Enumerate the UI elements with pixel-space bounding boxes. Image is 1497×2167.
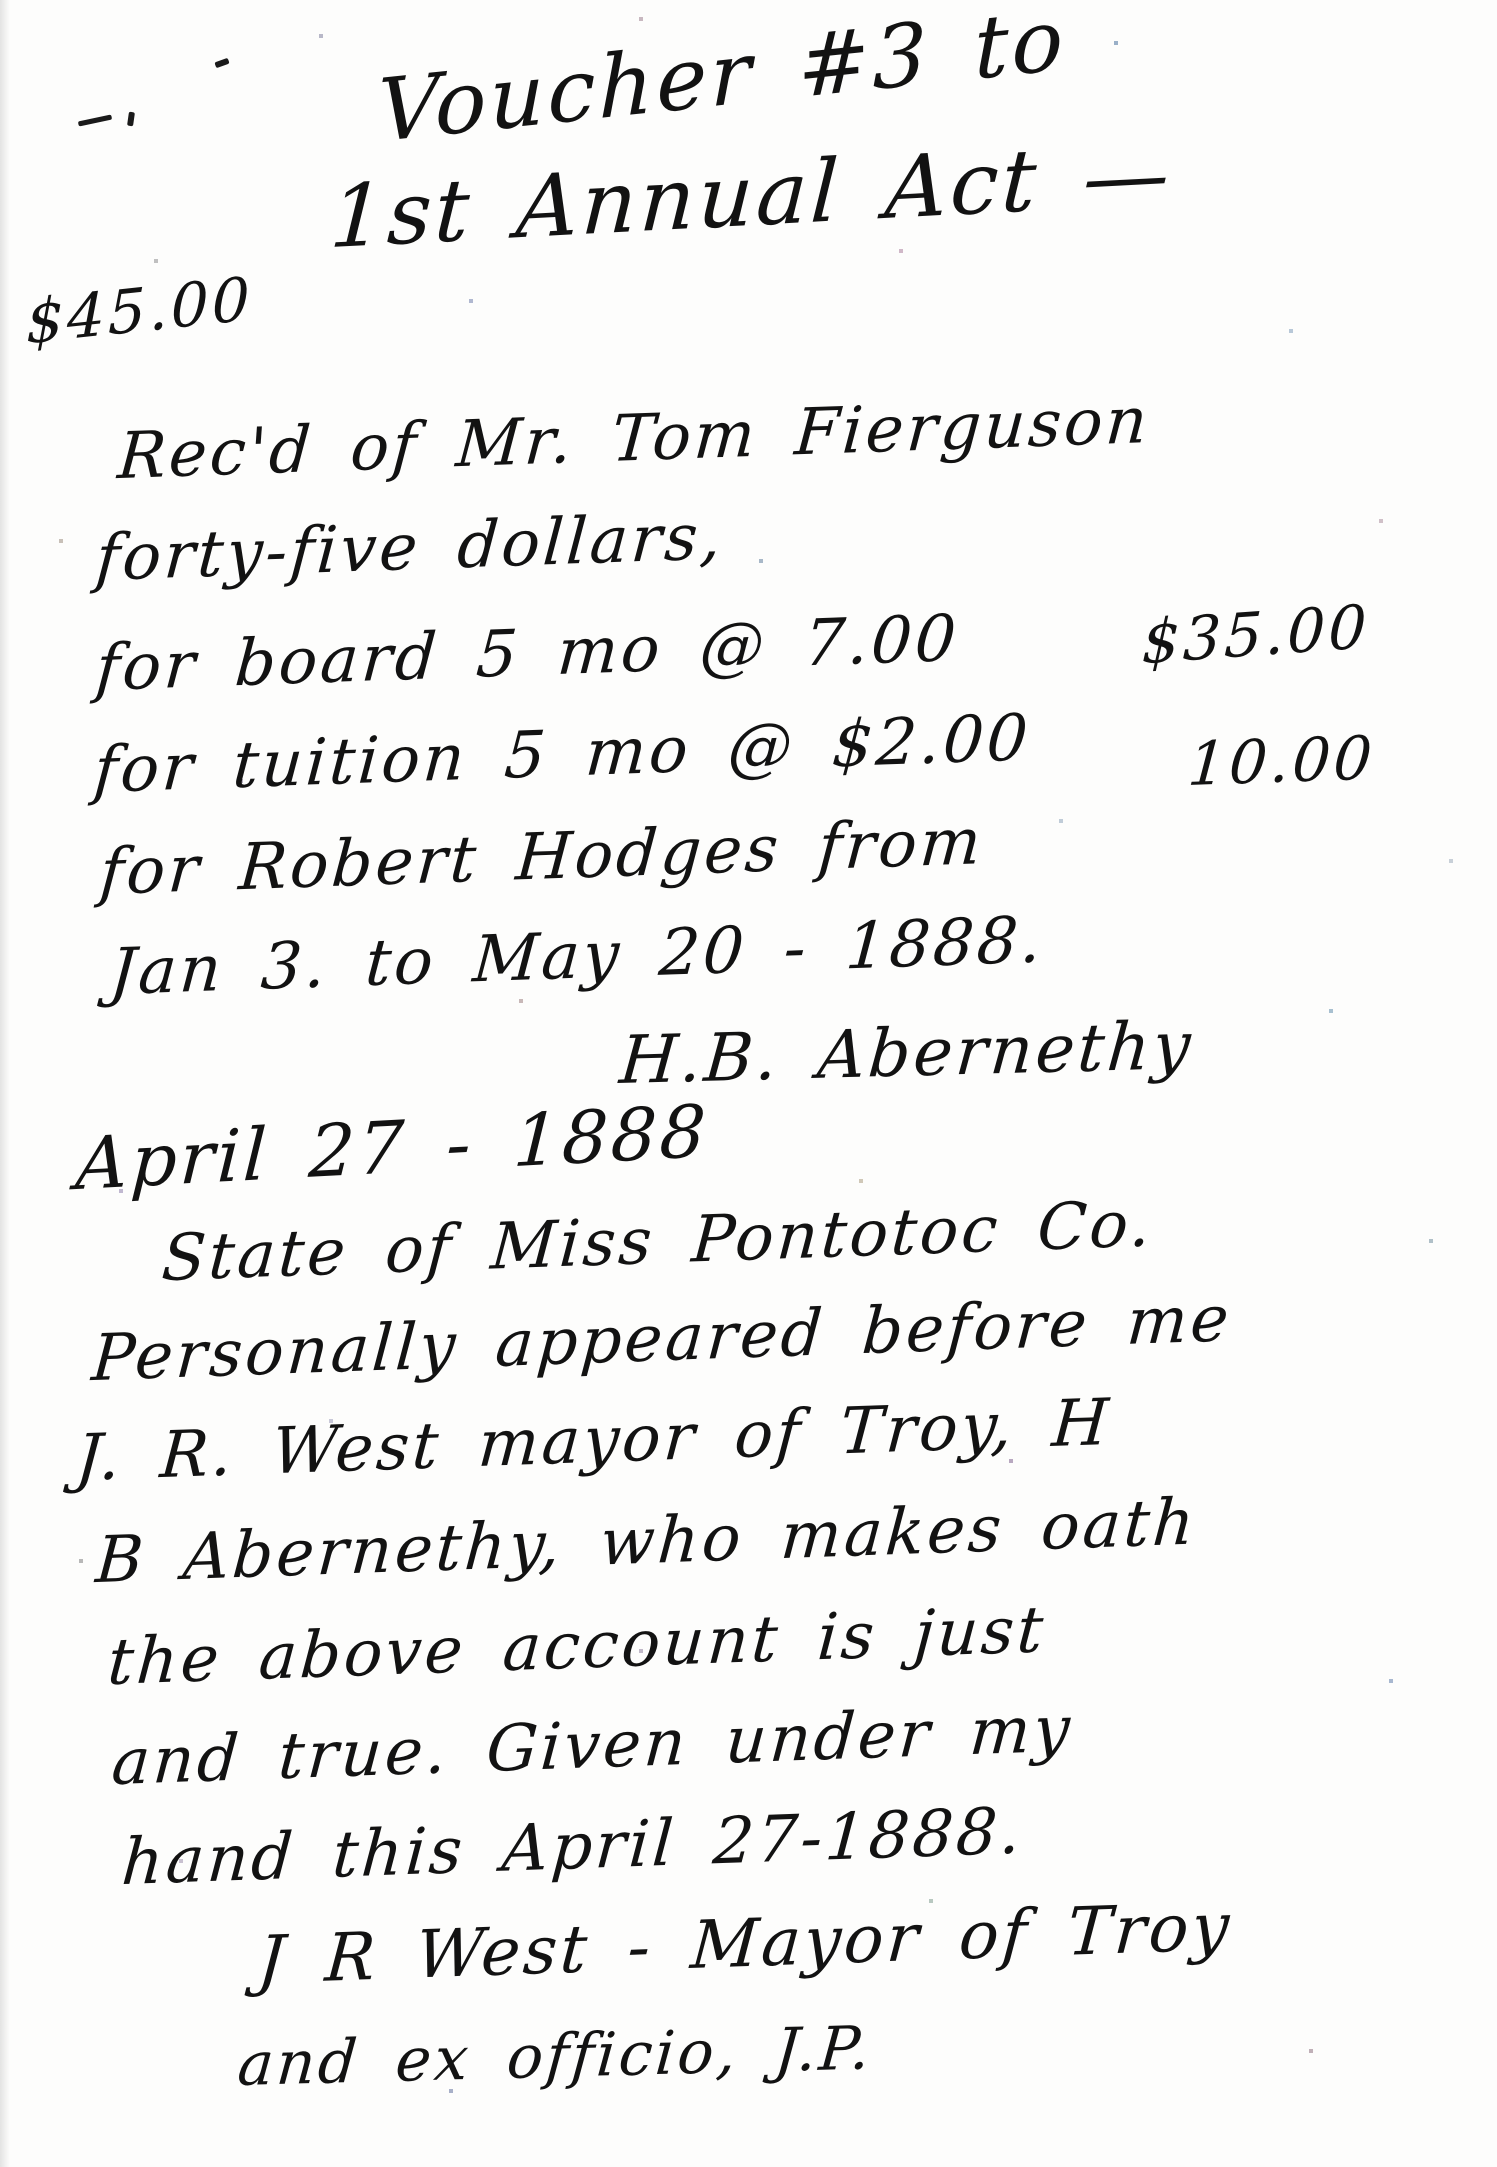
affidavit-date: April 27 - 1888 xyxy=(74,1089,711,1206)
affidavit-line-makes-oath: B Abernethy, who makes oath xyxy=(93,1485,1199,1598)
affidavit-line-west-mayor: J. R. West mayor of Troy, H xyxy=(73,1386,1113,1496)
affidavit-signature-title: and ex officio, J.P. xyxy=(235,2013,875,2100)
receipt-board-amount: $35.00 xyxy=(1141,592,1371,678)
document-page: Voucher #3 to 1st Annual Act — $45.00 Re… xyxy=(0,0,1497,2167)
receipt-signature-abernethy: H.B. Abernethy xyxy=(617,1007,1196,1099)
scan-noise xyxy=(0,0,2,2)
affidavit-line-hand-this-date: hand this April 27-1888. xyxy=(119,1794,1025,1900)
affidavit-signature-west: J R West - Mayor of Troy xyxy=(255,1888,1234,1999)
receipt-line-amount-words: forty-five dollars, xyxy=(93,500,726,596)
stray-ink-mark xyxy=(127,112,135,127)
receipt-line-tuition: for tuition 5 mo @ $2.00 xyxy=(91,701,1033,808)
receipt-tuition-amount: 10.00 xyxy=(1186,723,1378,800)
stray-ink-mark xyxy=(214,58,229,68)
affidavit-line-state-county: State of Miss Pontotoc Co. xyxy=(159,1187,1155,1296)
receipt-line-date-range: Jan 3. to May 20 - 1888. xyxy=(107,903,1046,1010)
stray-ink-mark xyxy=(78,115,112,127)
receipt-line-board: for board 5 mo @ 7.00 xyxy=(93,602,961,706)
affidavit-line-given-under: and true. Given under my xyxy=(109,1692,1075,1800)
receipt-line-for-student: for Robert Hodges from xyxy=(97,805,986,910)
affidavit-line-account-just: the above account is just xyxy=(105,1593,1048,1700)
affidavit-line-personally-appeared: Personally appeared before me xyxy=(89,1282,1234,1396)
receipt-line-received-of: Rec'd of Mr. Tom Fierguson xyxy=(115,384,1152,494)
noted-total-amount: $45.00 xyxy=(26,264,253,358)
